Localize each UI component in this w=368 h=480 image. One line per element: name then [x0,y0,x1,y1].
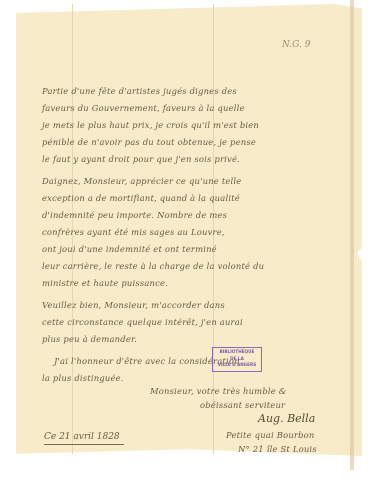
address-line: Petite quai Bourbon [226,430,315,440]
body-line: la plus distinguée. [42,373,124,383]
body-line: faveurs du Gouvernement, faveurs à la qu… [42,103,245,113]
body-line: Veuillez bien, Monsieur, m'accorder dans [42,300,225,310]
stamp-line: BIBLIOTHÈQUE [213,349,261,356]
body-line: ont joui d'une indemnité et ont terminé [42,244,217,254]
closing-line: Monsieur, votre très humble & [150,386,286,396]
body-line: ministre et haute puissance. [42,278,168,288]
closing-line: obéissant serviteur [200,400,285,410]
library-stamp: BIBLIOTHÈQUE DE LA VILLE D'ANGERS [212,347,262,372]
address-line: N° 21 île St Louis [238,444,317,454]
body-line: confrères ayant été mis sages au Louvre, [42,227,225,237]
body-line: pénible de n'avoir pas du tout obtenue, … [42,137,256,147]
body-line: le faut y ayant droit pour que j'en sois… [42,154,240,164]
body-line: plus peu à demander. [42,334,137,344]
body-line: Partie d'une fête d'artistes jugés digne… [42,86,237,96]
folio-mark: N.G. 9 [282,40,310,50]
body-line: leur carrière, le reste à la charge de l… [42,261,264,271]
body-line: Daignez, Monsieur, apprécier ce qu'une t… [42,176,241,186]
body-line: exception a de mortifiant, quand à la qu… [42,193,240,203]
body-line: d'indemnité peu importe. Nombre de mes [42,210,227,220]
paper-edge [350,0,354,470]
body-line: je mets le plus haut prix, je crois qu'i… [42,120,259,130]
letter-date: Ce 21 avril 1828 [44,432,120,442]
signature: Aug. Bella [258,412,315,425]
stamp-line: VILLE D'ANGERS [213,362,261,369]
date-underline [44,444,124,445]
body-line: cette circonstance quelque intérêt, j'en… [42,317,243,327]
